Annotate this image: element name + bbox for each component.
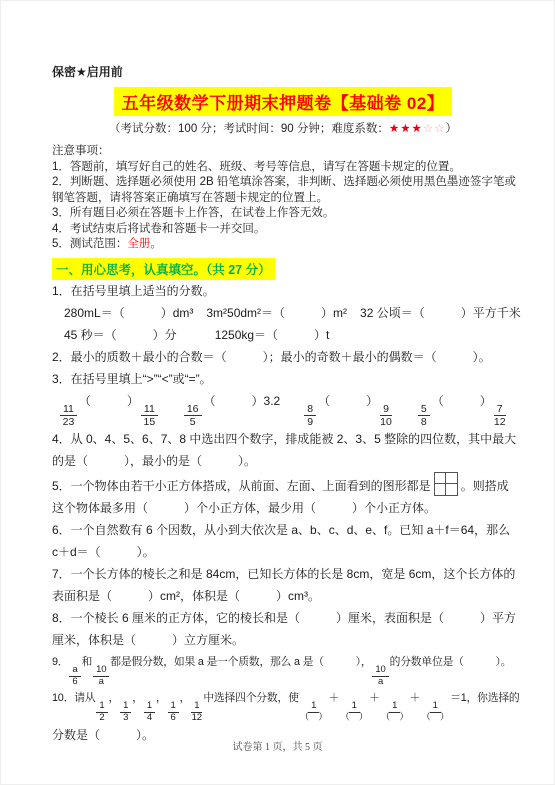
question-1-line-b: 45 秒＝（ ）分1250kg＝（ ）t bbox=[52, 324, 530, 346]
q10-tail-text: ＝1，你选择的 bbox=[450, 692, 519, 704]
fraction: 16 bbox=[168, 701, 179, 724]
fraction: 89 bbox=[304, 403, 316, 428]
plus-sign: ＋ bbox=[369, 692, 380, 704]
question-4: 4．从 0、4、5、6、7、8 中选出四个数字，排成能被 2、3、5 整除的四位… bbox=[52, 428, 518, 472]
test-scope-highlight: 全册 bbox=[127, 238, 150, 250]
notice-item-2: 2．判断题、选择题必须使用 2B 铅笔填涂答案，非判断、选择题必须使用黑色墨迹签… bbox=[52, 175, 518, 206]
answer-blank: （ ） bbox=[432, 394, 492, 408]
question-10-line-1: 10．请从12，13，14，16，112中选择四个分数，使1（ ）＋1（ ）＋1… bbox=[52, 687, 514, 724]
exam-title: 五年级数学下册期末押题卷【基础卷 02】 bbox=[114, 87, 453, 116]
notice-item-3: 3．所有题目必须在答题卡上作答，在试卷上作答无效。 bbox=[52, 206, 518, 222]
question-3-head: 3．在括号里填上“>”“<”或“=”。 bbox=[52, 368, 518, 390]
separator: ， bbox=[132, 692, 143, 704]
comparison-pair-4: 58（ ）712 bbox=[416, 394, 508, 408]
fraction: 10a bbox=[93, 665, 109, 688]
fraction: 712 bbox=[494, 403, 506, 428]
fraction-blank: 1（ ） bbox=[381, 701, 409, 724]
exam-subtitle: （考试分数：100 分；考试时间：90 分钟；难度系数：★★★☆☆） bbox=[52, 121, 514, 137]
cube-views-grid-figure bbox=[434, 472, 458, 496]
q1-conversion-area: 3m²50dm²＝（ ）m² bbox=[206, 306, 347, 320]
fraction: 910 bbox=[380, 403, 392, 428]
fraction: 14 bbox=[144, 701, 155, 724]
separator: ， bbox=[180, 692, 191, 704]
notice-item-4: 4．考试结束后将试卷和答题卡一并交回。 bbox=[52, 222, 518, 238]
q5-text-prefix: 5．一个物体由若干小正方体搭成，从前面、左面、上面看到的图形都是 bbox=[52, 479, 431, 493]
fraction-blank: 1（ ） bbox=[340, 701, 368, 724]
fraction: 58 bbox=[418, 403, 430, 428]
subtitle-text: （考试分数：100 分；考试时间：90 分钟；难度系数： bbox=[109, 123, 389, 135]
exam-page: 保密★启用前 五年级数学下册期末押题卷【基础卷 02】 （考试分数：100 分；… bbox=[0, 0, 555, 785]
q10-number: 10．请从 bbox=[52, 692, 95, 704]
fraction-blank: 1（ ） bbox=[421, 701, 449, 724]
title-row: 五年级数学下册期末押题卷【基础卷 02】 bbox=[52, 87, 514, 116]
question-3-comparisons: 1123（ ）1115165（ ）3.289（ ）91058（ ）712 bbox=[52, 390, 524, 428]
q9-text-3: 的分数单位是（ ）。 bbox=[390, 656, 512, 668]
answer-blank: （ ） bbox=[79, 394, 139, 408]
fraction: 112 bbox=[191, 701, 202, 724]
page-footer: 试卷第 1 页，共 5 页 bbox=[1, 738, 554, 753]
fraction-blank: 1（ ） bbox=[300, 701, 328, 724]
fraction: 165 bbox=[184, 403, 202, 428]
notice-item-5-suffix: 。 bbox=[150, 238, 162, 250]
question-9: 9．a6和10a都是假分数，如果 a 是一个质数，那么 a 是（ ），10a的分… bbox=[52, 651, 514, 688]
comparison-pair-3: 89（ ）910 bbox=[302, 394, 394, 408]
q10-mid-text: 中选择四个分数，使 bbox=[203, 692, 298, 704]
fraction: a6 bbox=[69, 665, 80, 688]
fraction: 1123 bbox=[60, 403, 77, 428]
notice-item-1: 1．答题前，填写好自己的姓名、班级、考号等信息，请写在答题卡规定的位置。 bbox=[52, 160, 518, 176]
notice-item-5: 5．测试范围：全册。 bbox=[52, 237, 518, 253]
separator: ， bbox=[156, 692, 167, 704]
answer-blank: （ ） bbox=[204, 394, 264, 408]
separator: ， bbox=[109, 692, 120, 704]
fraction: 13 bbox=[120, 701, 131, 724]
fraction: 10a bbox=[372, 665, 388, 688]
q9-text-1: 和 bbox=[82, 656, 93, 668]
plus-sign: ＋ bbox=[410, 692, 421, 704]
q1-conversion-hectare: 32 公顷＝（ ）平方千米 bbox=[360, 306, 521, 320]
question-8: 8．一个棱长 6 厘米的正方体，它的棱长和是（ ）厘米，表面积是（ ）平方厘米，… bbox=[52, 607, 518, 651]
fraction: 12 bbox=[96, 701, 107, 724]
q1-conversion-ml: 280mL＝（ ）dm³ bbox=[64, 306, 193, 320]
classified-label: 保密★启用前 bbox=[52, 63, 514, 80]
notice-item-5-prefix: 5．测试范围： bbox=[52, 238, 127, 250]
plus-sign: ＋ bbox=[329, 692, 340, 704]
page-content: 保密★启用前 五年级数学下册期末押题卷【基础卷 02】 （考试分数：100 分；… bbox=[1, 1, 554, 746]
decimal-value: 3.2 bbox=[264, 394, 281, 408]
difficulty-stars-empty-icon: ☆☆ bbox=[423, 123, 446, 135]
q9-text-2: 都是假分数，如果 a 是一个质数，那么 a 是（ ）， bbox=[110, 656, 371, 668]
question-5: 5．一个物体由若干小正方体搭成，从前面、左面、上面看到的图形都是。则搭成这个物体… bbox=[52, 472, 518, 519]
question-1-line-a: 280mL＝（ ）dm³3m²50dm²＝（ ）m²32 公顷＝（ ）平方千米 bbox=[52, 302, 530, 324]
difficulty-stars-filled-icon: ★★★ bbox=[389, 123, 423, 135]
q1-conversion-kg: 1250kg＝（ ）t bbox=[215, 328, 330, 342]
notice-heading: 注意事项： bbox=[52, 144, 518, 160]
question-6: 6．一个自然数有 6 个因数，从小到大依次是 a、b、c、d、e、f。已知 a＋… bbox=[52, 519, 518, 563]
fraction: 1115 bbox=[141, 403, 158, 428]
comparison-pair-2: 165（ ）3.2 bbox=[182, 394, 280, 408]
comparison-pair-1: 1123（ ）1115 bbox=[58, 394, 160, 408]
section-1-heading-row: 一、用心思考，认真填空。（共 27 分） bbox=[52, 258, 514, 280]
question-1-head: 1．在括号里填上适当的分数。 bbox=[52, 280, 518, 302]
question-7: 7．一个长方体的棱长之和是 84cm，已知长方体的长是 8cm，宽是 6cm，这… bbox=[52, 563, 518, 607]
subtitle-close: ） bbox=[445, 123, 457, 135]
section-1-heading: 一、用心思考，认真填空。（共 27 分） bbox=[52, 258, 275, 280]
answer-blank: （ ） bbox=[318, 394, 378, 408]
notice-section: 注意事项： 1．答题前，填写好自己的姓名、班级、考号等信息，请写在答题卡规定的位… bbox=[52, 144, 518, 253]
q1-conversion-seconds: 45 秒＝（ ）分 bbox=[64, 328, 177, 342]
question-2: 2．最小的质数＋最小的合数＝（ ）；最小的奇数＋最小的偶数＝（ ）。 bbox=[52, 346, 518, 368]
q9-number: 9． bbox=[52, 656, 68, 668]
